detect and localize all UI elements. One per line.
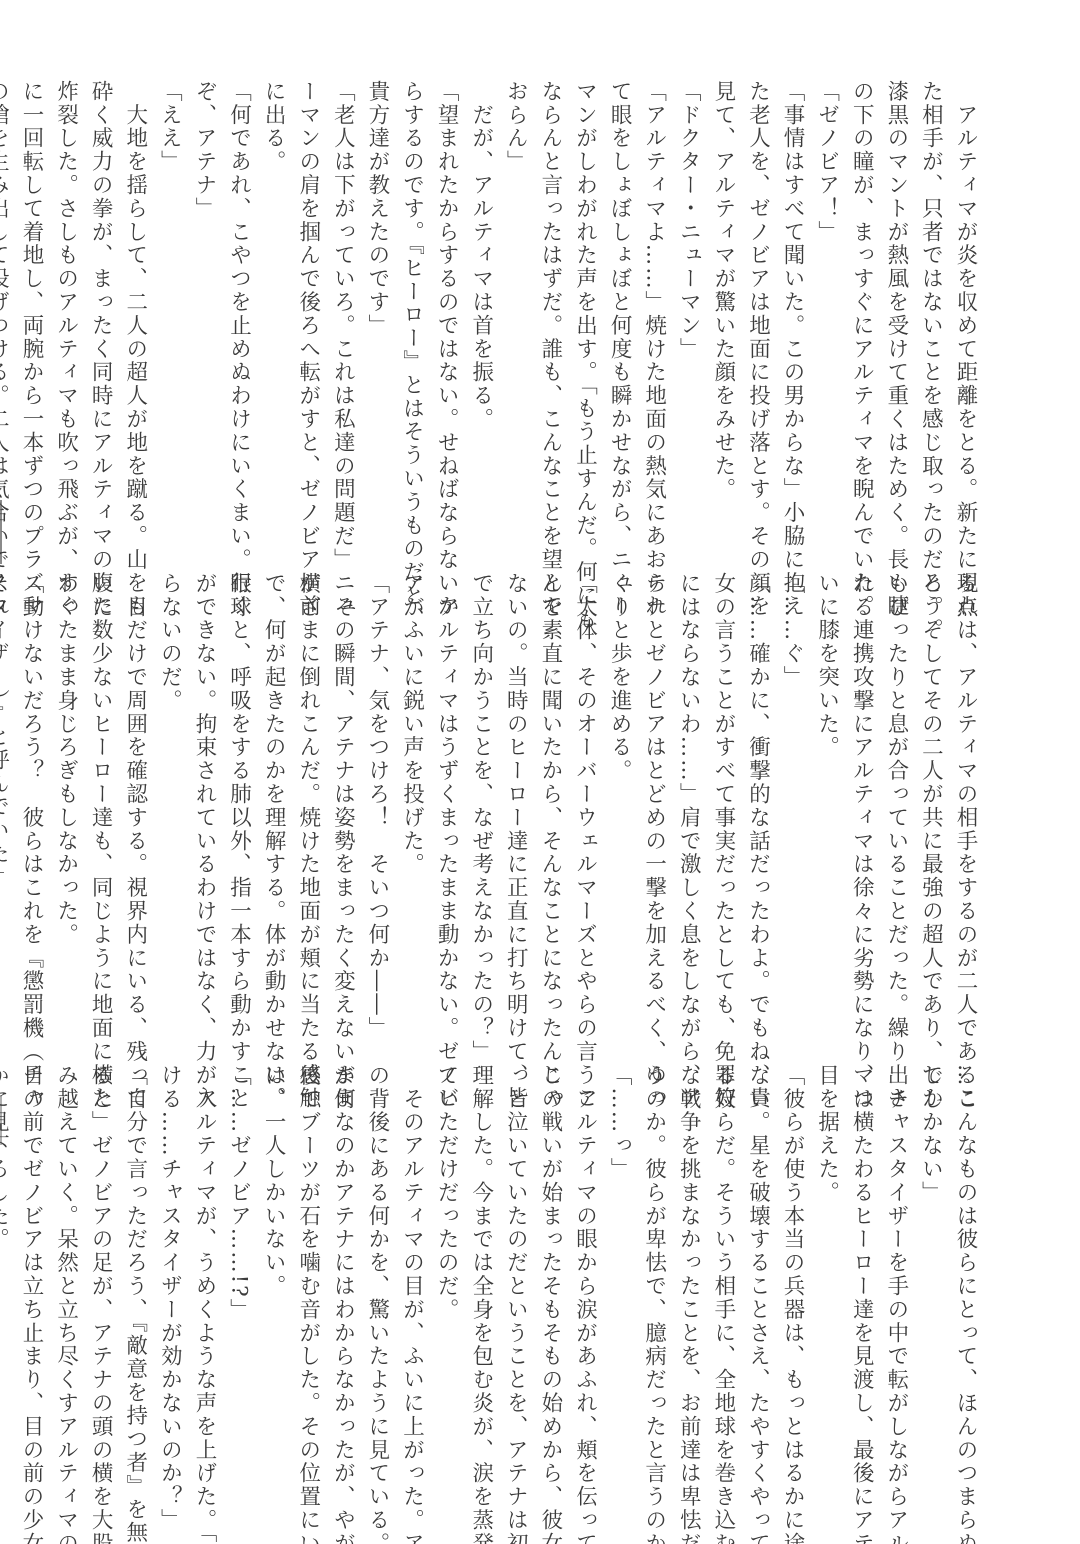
text-line: 「アテナ、気をつけろ！ そいつ何か――」 bbox=[359, 572, 394, 1012]
text-line: そのアルティマの目が、ふいに上がった。アテナ bbox=[394, 1064, 429, 1504]
text-line: れる連携攻撃にアルティマは徐々に劣勢になり、つ bbox=[844, 572, 879, 1012]
text-line: 炸裂した。さしものアルティマも吹っ飛ぶが、すぐ bbox=[48, 80, 83, 568]
text-line: 貴方達が教えたのです」 bbox=[359, 80, 394, 568]
text-line: かに見下ろした。 bbox=[0, 1064, 13, 1504]
text-line: …こんなものは彼らにとって、ほんのつまらぬ玩具 bbox=[947, 1064, 982, 1504]
text-line: とを素直に聞いたから、そんなことになったんじゃ bbox=[532, 572, 567, 1012]
text-line: 「大体、そのオーバーウェルマーズとやらの言うこ bbox=[567, 572, 602, 1012]
text-line: ならんと言ったはずだ。誰も、こんなことを望んで bbox=[532, 80, 567, 568]
text-line: テナとゼノビアはとどめの一撃を加えるべく、ゆっ bbox=[636, 572, 671, 1012]
text-line: 砕く威力の拳が、まったく同時にアルティマの腹に bbox=[83, 80, 118, 568]
text-line: わったまま身じろぎもしなかった。 bbox=[48, 572, 83, 1012]
text-line: の背後にある何かを、驚いたように見ている。それ bbox=[359, 1064, 394, 1504]
text-line: アルティマはうずくまったまま動かない。ゼノビ bbox=[429, 572, 464, 1012]
text-line: この戦いが始まったそもそもの始めから、彼女がず bbox=[532, 1064, 567, 1504]
text-line: 「……確かに、衝撃的な話だったわよ。でもね、貴 bbox=[740, 572, 775, 1012]
text-line: 「ドクター・ニューマン」 bbox=[671, 80, 706, 568]
text-line: ができない。拘束されているわけではなく、力が入 bbox=[186, 572, 221, 1012]
text-line: 「自分で言っただろう、『敵意を持つ者』を無力化す bbox=[117, 1064, 152, 1504]
text-block-middle: る点は、アルティマの相手をするのが二人であること。そしてその二人が共に最強の超人… bbox=[0, 572, 982, 1012]
text-line: 「望まれたからするのではない。せねばならないか bbox=[429, 80, 464, 568]
text-line: て眼をしょぼしょぼと何度も瞬かせながら、ニュー bbox=[601, 80, 636, 568]
text-line: 「事情はすべて聞いた。この男からな」小脇に抱え bbox=[774, 80, 809, 568]
text-line: 理解した。今までは全身を包む炎が、涙を蒸発させ bbox=[463, 1064, 498, 1504]
text-line: は、一人しかいない。 bbox=[256, 1064, 291, 1504]
text-line: ける……チャスタイザーが効かないのか？」 bbox=[152, 1064, 187, 1504]
text-line: た相手が、只者ではないことを感じ取ったのだろう。 bbox=[913, 80, 948, 568]
text-line: 「老人は下がっていろ。これは私達の問題だ」ニュ bbox=[325, 80, 360, 568]
text-line: 「ええ」 bbox=[152, 80, 187, 568]
text-line: 目だけで周囲を確認する。視界内にいる、残って bbox=[117, 572, 152, 1012]
text-line: 目を据えた。 bbox=[809, 1064, 844, 1504]
text-line: にはならないわ……」肩で激しく息をしながら、ア bbox=[671, 572, 706, 1012]
text-line: スタイザー）』と呼んでいた」 bbox=[0, 572, 13, 1012]
text-line: 「動けないだろう？ 彼らはこれを『懲罰機（チャ bbox=[13, 572, 48, 1012]
text-line: み越えていく。呆然と立ち尽くすアルティマのすぐ bbox=[48, 1064, 83, 1504]
text-line: が何なのかアテナにはわからなかったが、やがて背 bbox=[325, 1064, 360, 1504]
text-line: もぴったりと息が合っていることだった。繰り出さ bbox=[878, 572, 913, 1012]
text-line: でしかない」 bbox=[913, 1064, 948, 1504]
text-line: 「……ゼノビア……!?」 bbox=[221, 1064, 256, 1504]
text-line: で立ち向かうことを、なぜ考えなかったの？」 bbox=[463, 572, 498, 1012]
text-line: で、何が起きたのかを理解する。体が動かせない。 bbox=[256, 572, 291, 1012]
text-line: アルティマが、うめくような声を上げた。「なぜ動 bbox=[186, 1064, 221, 1504]
text-line: らないのだ。 bbox=[152, 572, 187, 1012]
text-line: る奴らだ。そういう相手に、全地球を巻き込むよう bbox=[705, 1064, 740, 1504]
text-line: ない。星を破壊することさえ、たやすくやってのけ bbox=[740, 1064, 775, 1504]
text-line: 「……っ」 bbox=[601, 1064, 636, 1504]
text-line: くりと歩を進める。 bbox=[601, 572, 636, 1012]
text-line: だが、アルティマは首を振る。 bbox=[463, 80, 498, 568]
text-line: 目の前でゼノビアは立ち止まり、目の前の少女を静 bbox=[13, 1064, 48, 1504]
text-line: 「アルティマよ……」焼けた地面の熱気にあおられ bbox=[636, 80, 671, 568]
text-line: 「彼らが使う本当の兵器は、もっとはるかに途方も bbox=[774, 1064, 809, 1504]
text-line: アがふいに鋭い声を投げた。 bbox=[394, 572, 429, 1012]
text-line: 女の言うことがすべて事実だったとしても、免罪符 bbox=[705, 572, 740, 1012]
text-line: アルティマが炎を収めて距離をとる。新たに現れ bbox=[947, 80, 982, 568]
text-line: ていただけだったのだ。 bbox=[429, 1064, 464, 1504]
text-line: ぞ、アテナ」 bbox=[186, 80, 221, 568]
text-line: マは横たわるヒーロー達を見渡し、最後にアテナに bbox=[844, 1064, 879, 1504]
text-line: 横ざまに倒れこんだ。焼けた地面が頬に当たる感触 bbox=[290, 572, 325, 1012]
text-line: おらん」 bbox=[498, 80, 533, 568]
text-line: た老人を、ゼノビアは地面に投げ落とす。その顔を bbox=[740, 80, 775, 568]
text-line: ーマンの肩を掴んで後ろへ転がすと、ゼノビアが前 bbox=[290, 80, 325, 568]
text-block-top: アルティマが炎を収めて距離をとる。新たに現れた相手が、只者ではないことを感じ取っ… bbox=[0, 80, 982, 568]
text-line: いた数少ないヒーロー達も、同じように地面に横た bbox=[83, 572, 118, 1012]
text-line: 「何であれ、こやつを止めぬわけにいくまい。行く bbox=[221, 80, 256, 568]
text-line: いに膝を突いた。 bbox=[809, 572, 844, 1012]
text-line: マンがしわがれた声を出す。「もう止すんだ。何にも bbox=[567, 80, 602, 568]
text-line: 漆黒のマントが熱風を受けて重くはためく。長い睫 bbox=[878, 80, 913, 568]
text-line: ると」ゼノビアの足が、アテナの頭の横を大股に踏 bbox=[83, 1064, 118, 1504]
text-line: に出る。 bbox=[256, 80, 291, 568]
text-line: 見て、アルティマが驚いた顔をみせた。 bbox=[705, 80, 740, 568]
text-line: その瞬間、アテナは姿勢をまったく変えないまま bbox=[325, 572, 360, 1012]
text-line: に一回転して着地し、両腕から一本ずつのプラズマ bbox=[13, 80, 48, 568]
text-line: 大地を揺らして、二人の超人が地を蹴る。山をも bbox=[117, 80, 152, 568]
text-line: と。そしてその二人が共に最強の超人であり、しか bbox=[913, 572, 948, 1012]
text-line: 後でブーツが石を噛む音がした。その位置にいるの bbox=[290, 1064, 325, 1504]
text-line: っと泣いていたのだということを、アテナは初めて bbox=[498, 1064, 533, 1504]
text-line: の槍を生み出して投げつける。二人は気合いでそれ bbox=[0, 80, 13, 568]
text-line: うのか。彼らが卑怯で、臆病だったと言うのか」 bbox=[636, 1064, 671, 1504]
text-line: な戦争を挑まなかったことを、お前達は卑怯だと言 bbox=[671, 1064, 706, 1504]
text-line: 眼球と、呼吸をする肺以外、指一本すら動かすこと bbox=[221, 572, 256, 1012]
text-block-bottom: …こんなものは彼らにとって、ほんのつまらぬ玩具でしかない」 チャスタイザーを手の… bbox=[0, 1064, 982, 1504]
text-line: チャスタイザーを手の中で転がしながらアルティ bbox=[878, 1064, 913, 1504]
text-line: 「ゼノビア！」 bbox=[809, 80, 844, 568]
text-line: アルティマの眼から涙があふれ、頬を伝っていた。 bbox=[567, 1064, 602, 1504]
text-line: 「……ぐ」 bbox=[774, 572, 809, 1012]
text-line: らするのです。『ヒーロー』とはそういうものだと、 bbox=[394, 80, 429, 568]
text-line: ないの。当時のヒーロー達に正直に打ち明けて、皆 bbox=[498, 572, 533, 1012]
text-line: の下の瞳が、まっすぐにアルティマを睨んでいた。 bbox=[844, 80, 879, 568]
text-line: る点は、アルティマの相手をするのが二人であるこ bbox=[947, 572, 982, 1012]
